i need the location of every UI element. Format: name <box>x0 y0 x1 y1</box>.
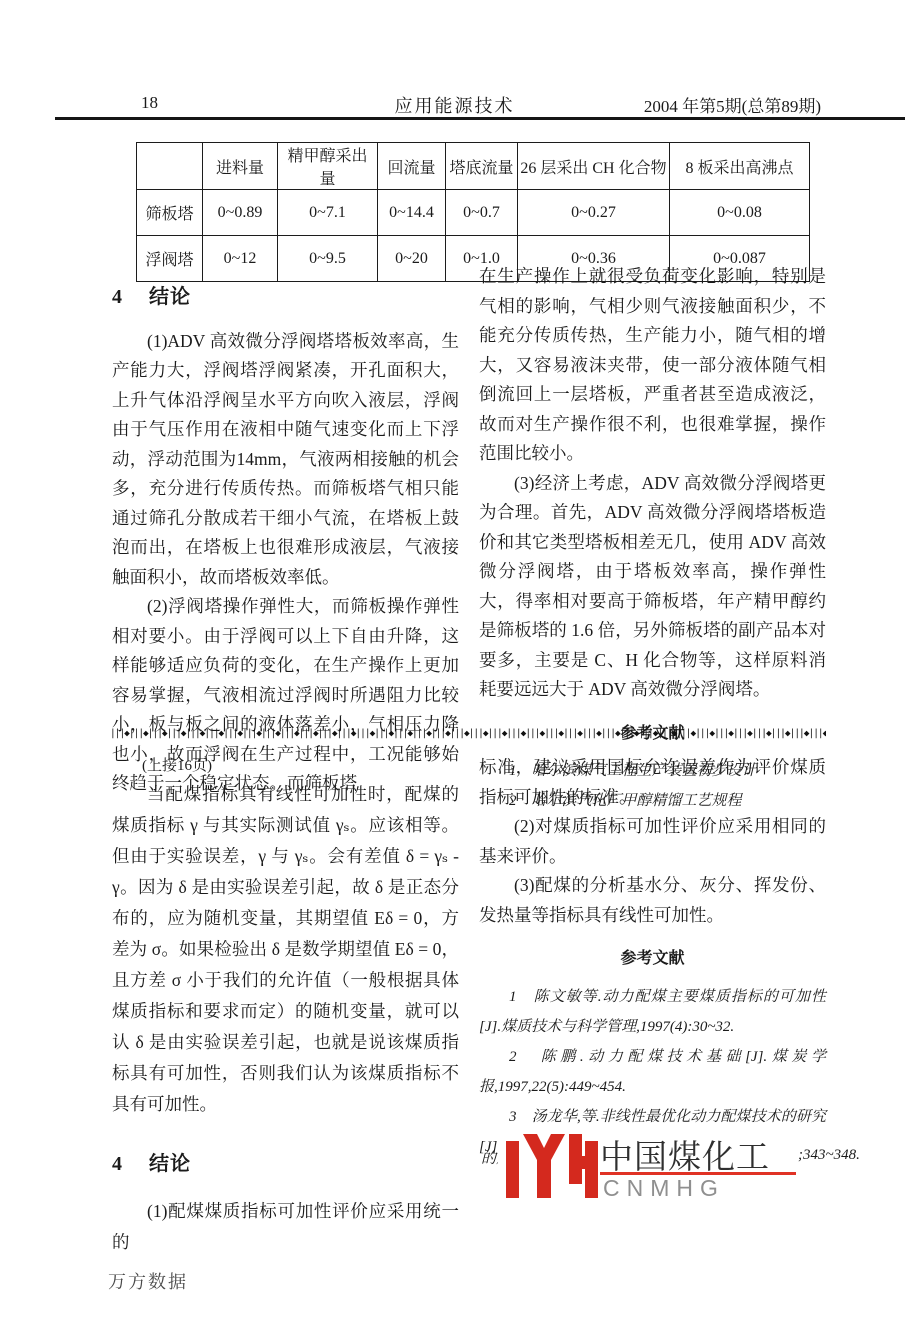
body-paragraph: (2)对煤质指标可加性评价应采用相同的基来评价。 <box>479 812 826 871</box>
table-cell: 0~14.4 <box>378 190 446 236</box>
article2-left-column: (上接16页) 当配煤指标具有线性可加性时，配煤的煤质指标 γ 与其实际测试值 … <box>112 753 459 1258</box>
conclusion-heading: 4结论 <box>112 283 459 313</box>
cnmhg-logo-icon <box>506 1134 598 1198</box>
body-paragraph: (3)配煤的分析基水分、灰分、挥发份、发热量等指标具有线性可加性。 <box>479 871 826 930</box>
cnmhg-watermark: 中国煤化工 ;343~348. CNMHG <box>498 1129 878 1203</box>
scanned-journal-page: 18 应用能源技术 2004 年第5期(总第89期) 进料量 精甲醇采出量 回流… <box>0 0 909 1323</box>
heading-text: 结论 <box>149 286 191 308</box>
table-cell: 0~0.08 <box>670 190 810 236</box>
table-header-cell: 回流量 <box>378 143 446 190</box>
table-header-cell: 8 板采出高沸点 <box>670 143 810 190</box>
row-label: 筛板塔 <box>137 190 203 236</box>
table-cell: 0~7.1 <box>278 190 378 236</box>
table-cell: 0~0.7 <box>446 190 518 236</box>
reference-page-range: ;343~348. <box>798 1147 860 1164</box>
issue-info: 2004 年第5期(总第89期) <box>644 92 821 117</box>
watermark-brand-text: 中国煤化工 <box>600 1131 770 1178</box>
continuation-note: (上接16页) <box>112 753 459 779</box>
article1-left-column: 4结论 (1)ADV 高效微分浮阀塔塔板效率高，生产能力大，浮阀塔浮阀紧凑，开孔… <box>112 283 459 799</box>
table-header-cell: 精甲醇采出量 <box>278 143 378 190</box>
conclusion-heading: 4结论 <box>112 1150 459 1180</box>
body-paragraph: 标准，建议采用国标允许误差作为评价煤质指标可加性的标准。 <box>479 753 826 812</box>
table-cell: 0~0.27 <box>518 190 670 236</box>
heading-text: 结论 <box>149 1153 191 1175</box>
table-header-cell <box>137 143 203 190</box>
body-paragraph: (1)ADV 高效微分浮阀塔塔板效率高，生产能力大，浮阀塔浮阀紧凑，开孔面积大，… <box>112 327 459 593</box>
body-paragraph: (1)配煤煤质指标可加性评价应采用统一的 <box>112 1196 459 1258</box>
heading-number: 4 <box>112 1153 123 1175</box>
section-divider-ornament: |||◆|||◆|||◆|||◆|||◆|||◆|||◆|||◆|||◆|||◆… <box>110 727 826 741</box>
reference-item: 1 陈文敏等.动力配煤主要煤质指标的可加性[J].煤质技术与科学管理,1997(… <box>479 982 826 1042</box>
table-cell: 0~0.89 <box>203 190 278 236</box>
operating-range-table: 进料量 精甲醇采出量 回流量 塔底流量 26 层采出 CH 化合物 8 板采出高… <box>136 142 810 282</box>
table-cell: 0~12 <box>203 236 278 282</box>
header-rule <box>55 117 905 120</box>
table-header-cell: 塔底流量 <box>446 143 518 190</box>
row-label: 浮阀塔 <box>137 236 203 282</box>
references-heading: 参考文献 <box>479 944 826 974</box>
article2-right-column: 标准，建议采用国标允许误差作为评价煤质指标可加性的标准。 (2)对煤质指标可加性… <box>479 753 826 1192</box>
table-row: 筛板塔 0~0.89 0~7.1 0~14.4 0~0.7 0~0.27 0~0… <box>137 190 810 236</box>
table-cell: 0~9.5 <box>278 236 378 282</box>
heading-number: 4 <box>112 286 123 308</box>
reference-item: 2 陈鹏.动力配煤技术基础[J].煤炭学报,1997,22(5):449~454… <box>479 1042 826 1102</box>
body-paragraph: 当配煤指标具有线性可加性时，配煤的煤质指标 γ 与其实际测试值 γₛ。应该相等。… <box>112 779 459 1120</box>
body-paragraph: 在生产操作上就很受负荷变化影响，特别是气相的影响，气相少则气液接触面积少，不能充… <box>479 262 826 469</box>
table-header-cell: 进料量 <box>203 143 278 190</box>
table-cell: 0~20 <box>378 236 446 282</box>
wanfang-data-mark: 万方数据 <box>108 1268 188 1294</box>
body-paragraph: (3)经济上考虑，ADV 高效微分浮阀塔更为合理。首先，ADV 高效微分浮阀塔塔… <box>479 469 826 705</box>
table-header-cell: 26 层采出 CH 化合物 <box>518 143 670 190</box>
watermark-sub-text: CNMHG <box>603 1175 725 1202</box>
table-header-row: 进料量 精甲醇采出量 回流量 塔底流量 26 层采出 CH 化合物 8 板采出高… <box>137 143 810 190</box>
